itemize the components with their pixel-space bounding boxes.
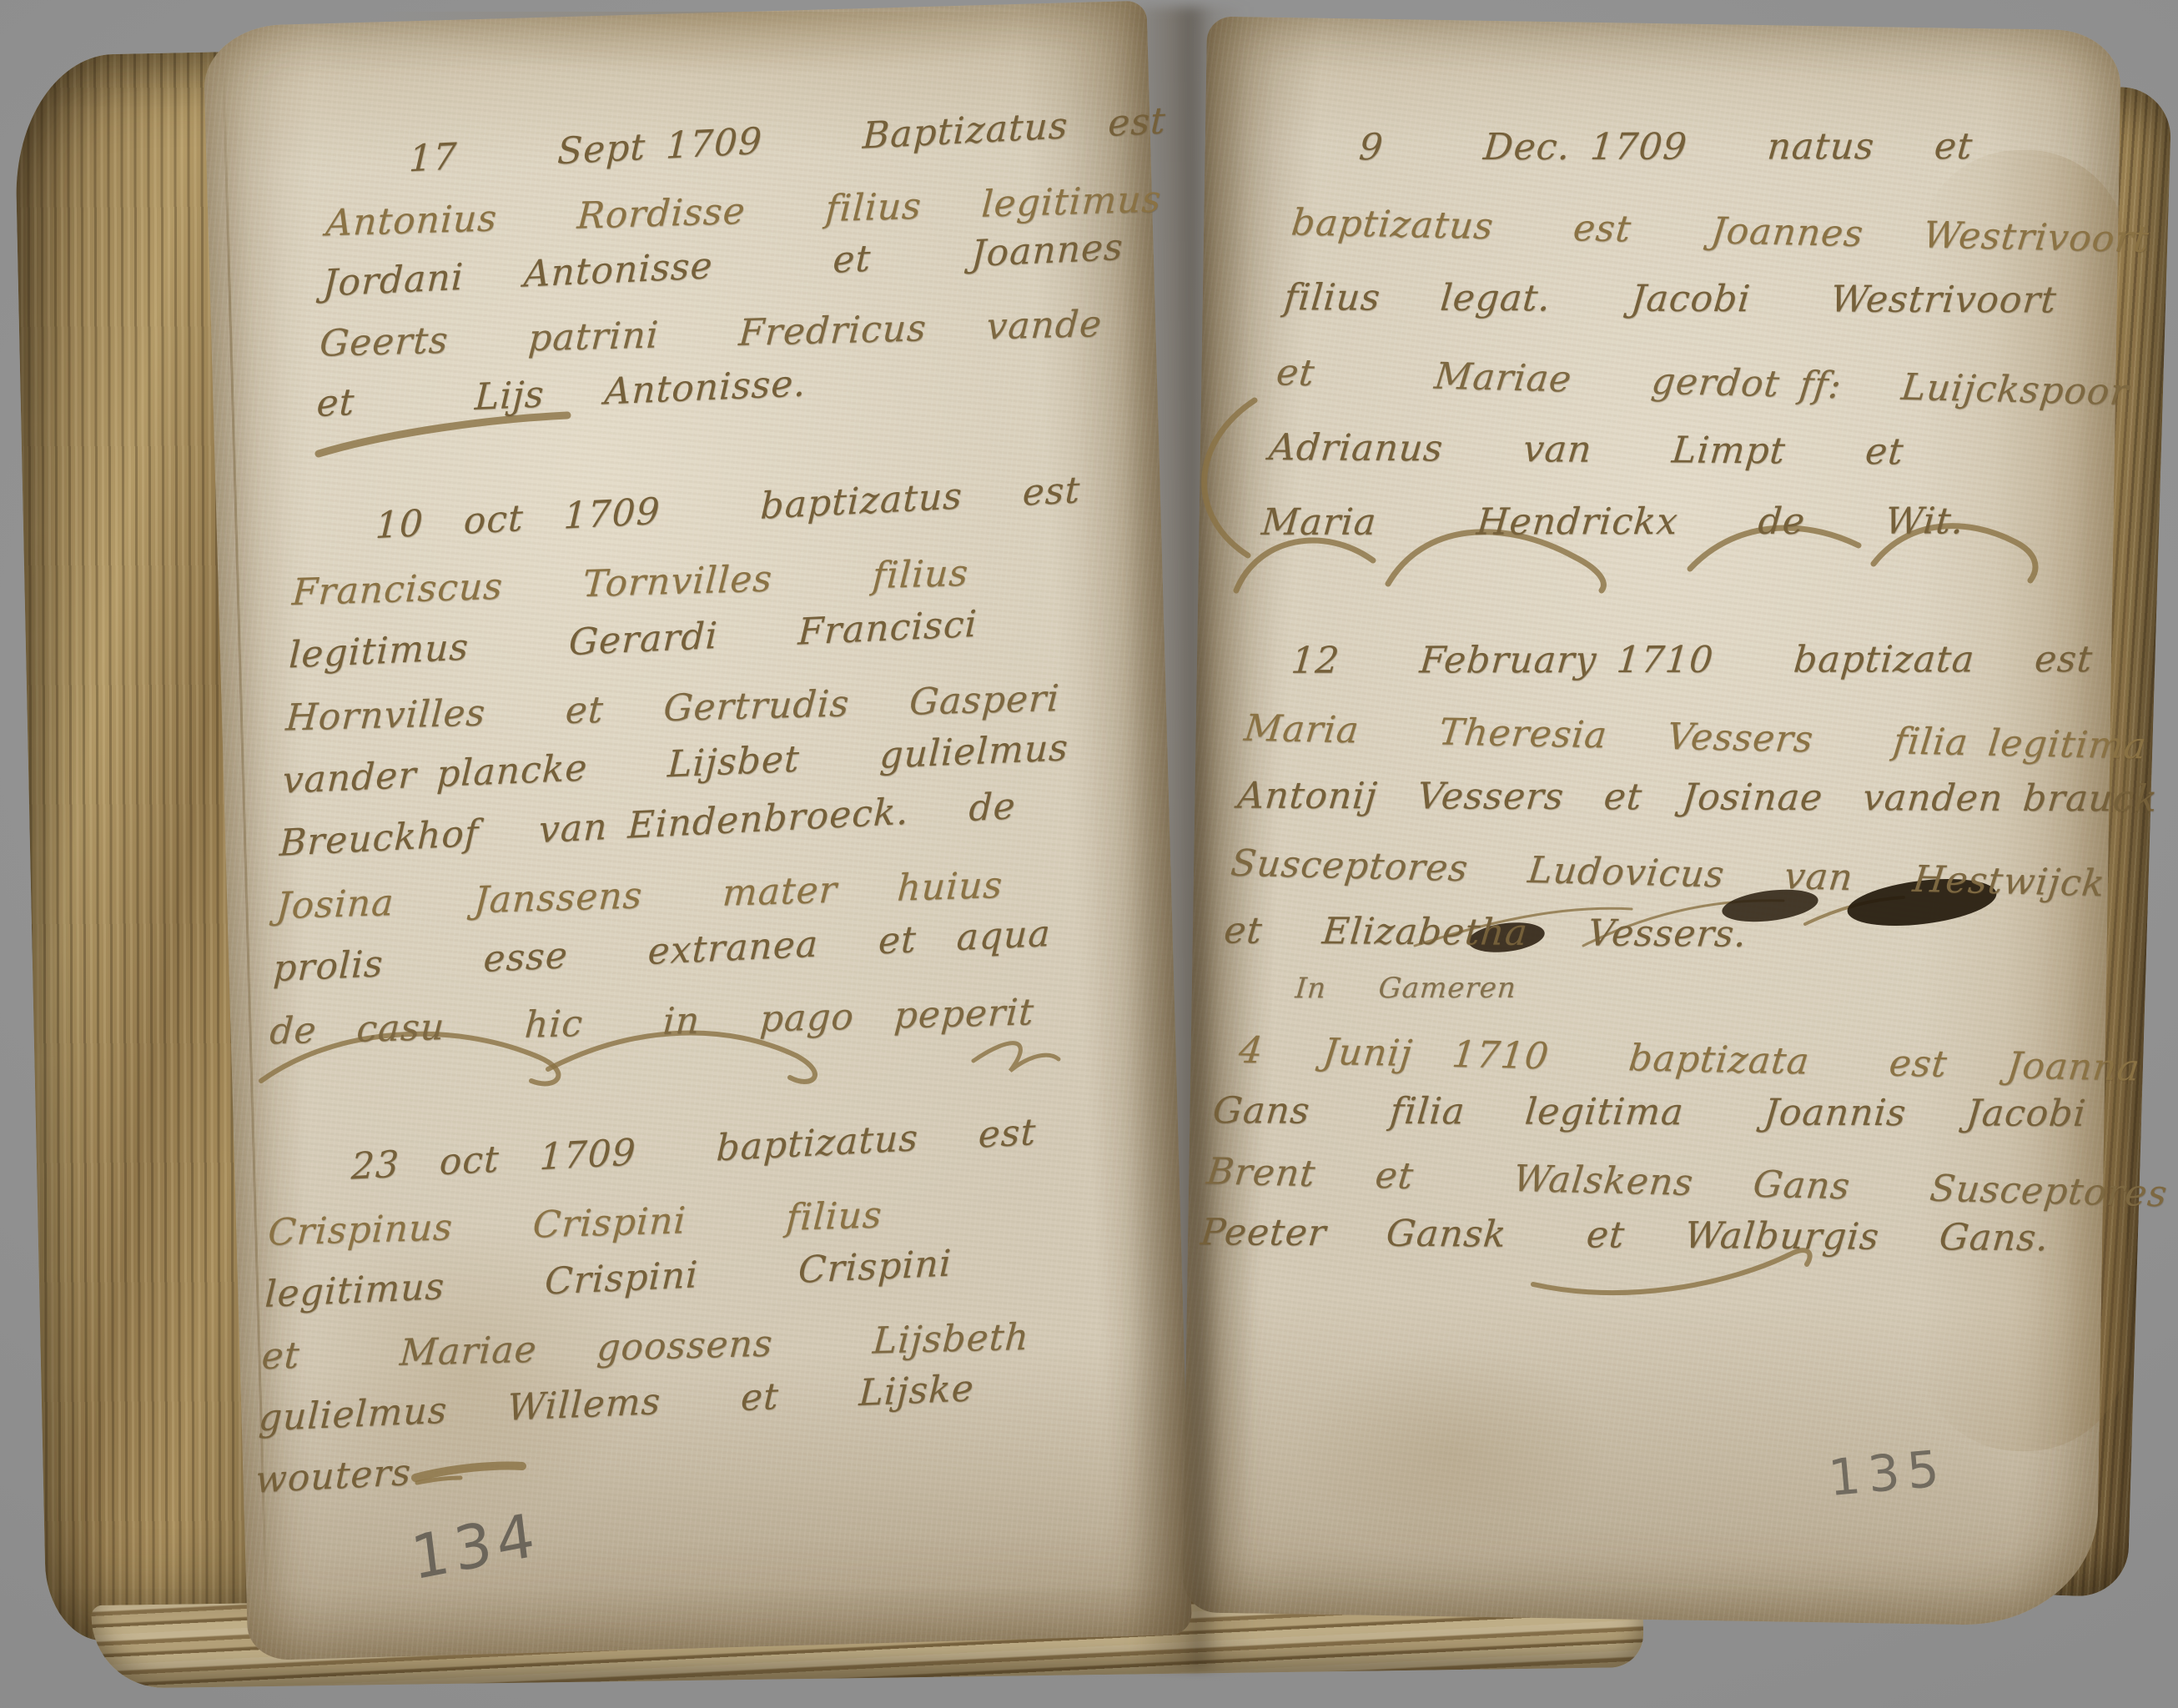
right-page-handwriting: 9 Dec. 1709 natus etbaptizatus est Joann… bbox=[1141, 43, 2178, 1620]
manuscript-line: Antonij Vessers et Josinae vanden brauck bbox=[1235, 762, 2160, 833]
baptism-entry: 9 Dec. 1709 natus etbaptizatus est Joann… bbox=[1258, 110, 2160, 570]
baptismal-register-photo: 17 Sept 1709 Baptizatus estAntonius Rord… bbox=[0, 0, 2178, 1708]
manuscript-line: 9 Dec. 1709 natus et bbox=[1295, 109, 2161, 186]
manuscript-line: In Gameren bbox=[1223, 957, 2178, 1019]
page-number: 135 bbox=[1826, 1439, 1949, 1508]
left-page-handwriting: 17 Sept 1709 Baptizatus estAntonius Rord… bbox=[209, 14, 1208, 1661]
manuscript-line: Gans filia legitima Joannis Jacobi bbox=[1210, 1080, 2178, 1144]
baptism-entry: 12 February 1710 baptizata estMaria Ther… bbox=[1221, 627, 2174, 976]
manuscript-line: filius legat. Jacobi Westrivoort bbox=[1280, 260, 2146, 339]
baptism-entry: In Gameren 4 Junij 1710 baptizata est Jo… bbox=[1198, 958, 2178, 1274]
manuscript-line: Adrianus van Limpt et bbox=[1265, 410, 2131, 491]
baptism-entry: 23 oct 1709 baptizatus estCrispinus Cris… bbox=[254, 1113, 1040, 1512]
manuscript-line: Maria Hendrickx de Wit. bbox=[1259, 484, 2125, 560]
baptism-entry: 17 Sept 1709 Baptizatus estAntonius Rord… bbox=[315, 103, 1167, 435]
manuscript-line: 12 February 1710 baptizata est bbox=[1248, 625, 2174, 695]
baptism-entry: 10 oct 1709 baptizatus estFranciscus Tor… bbox=[269, 470, 1083, 1062]
manuscript-line: Peeter Gansk et Walburgis Gans. bbox=[1198, 1202, 2165, 1269]
